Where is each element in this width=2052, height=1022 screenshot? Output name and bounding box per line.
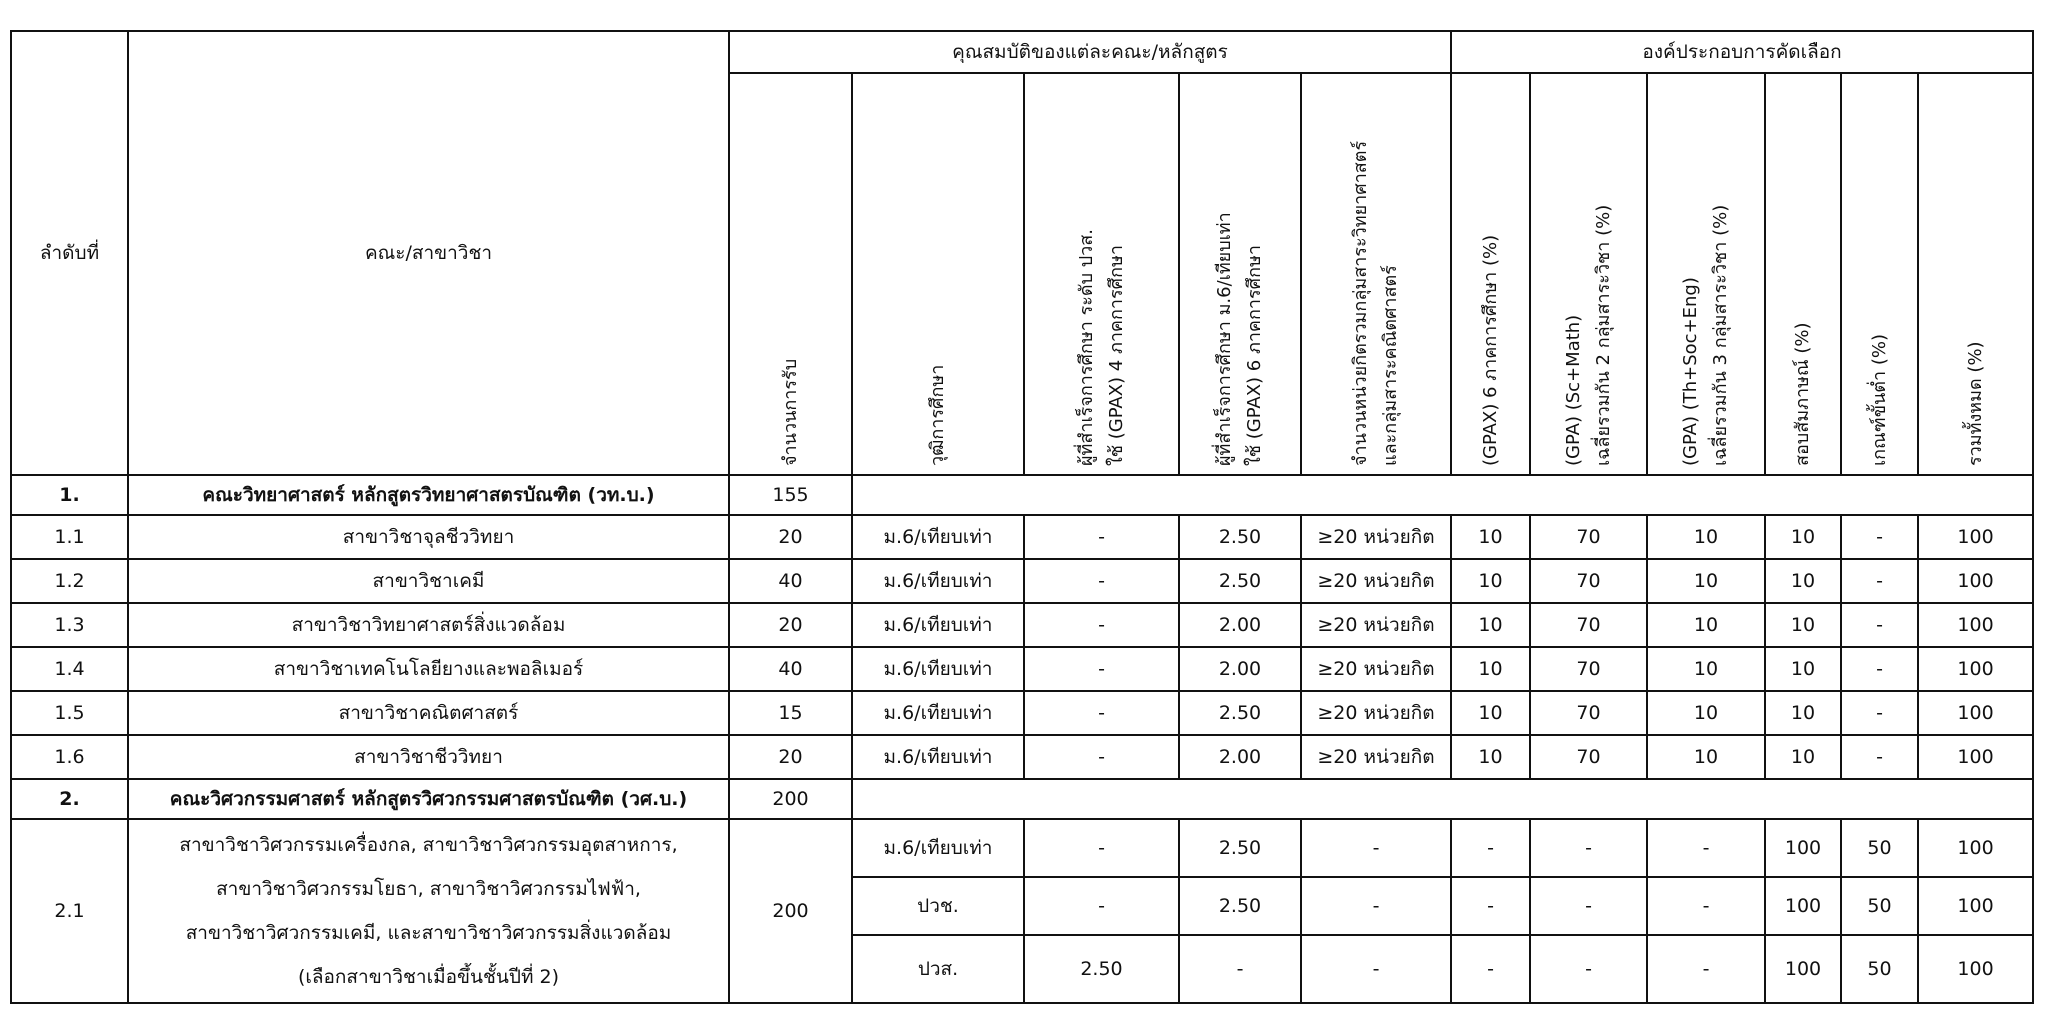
major-quota: 20 <box>729 735 852 779</box>
faculty-blank-span <box>852 779 2033 819</box>
major-weight-total: 100 <box>1918 691 2033 735</box>
track-weight-interview: 100 <box>1765 877 1841 935</box>
major-weight-gpax: 10 <box>1451 735 1530 779</box>
major-credits: ≥20 หน่วยกิต <box>1301 559 1451 603</box>
faculty-row: 1. คณะวิทยาศาสตร์ หลักสูตรวิทยาศาสตรบัณฑ… <box>11 475 2033 515</box>
major-name: สาขาวิชาวิศวกรรมเครื่องกล, สาขาวิชาวิศวก… <box>128 819 729 1003</box>
major-index: 1.2 <box>11 559 128 603</box>
faculty-index: 1. <box>11 475 128 515</box>
major-index: 1.5 <box>11 691 128 735</box>
header-weight-sc-math: (GPA) (Sc+Math)เฉลี่ยรวมกัน 2 กลุ่มสาระว… <box>1530 73 1647 475</box>
faculty-blank-span <box>852 475 2033 515</box>
major-quota: 20 <box>729 515 852 559</box>
major-quota: 15 <box>729 691 852 735</box>
track-gpax-m6: - <box>1179 935 1301 1003</box>
major-name: สาขาวิชาเทคโนโลยียางและพอลิเมอร์ <box>128 647 729 691</box>
major-weight-interview: 10 <box>1765 559 1841 603</box>
major-gpax-m6: 2.00 <box>1179 603 1301 647</box>
track-weight-total: 100 <box>1918 935 2033 1003</box>
major-quota: 200 <box>729 819 852 1003</box>
major-weight-th-soc-eng: 10 <box>1647 559 1765 603</box>
faculty-name: คณะวิศวกรรมศาสตร์ หลักสูตรวิศวกรรมศาสตรบ… <box>128 779 729 819</box>
major-gpax-vocational: - <box>1024 603 1179 647</box>
major-row: 1.5 สาขาวิชาคณิตศาสตร์ 15 ม.6/เทียบเท่า … <box>11 691 2033 735</box>
major-weight-th-soc-eng: 10 <box>1647 735 1765 779</box>
major-row: 1.1 สาขาวิชาจุลชีววิทยา 20 ม.6/เทียบเท่า… <box>11 515 2033 559</box>
major-education: ม.6/เทียบเท่า <box>852 691 1024 735</box>
major-quota: 40 <box>729 559 852 603</box>
major-education: ม.6/เทียบเท่า <box>852 559 1024 603</box>
header-weight-minimum: เกณฑ์ขั้นต่ำ (%) <box>1841 73 1918 475</box>
major-gpax-m6: 2.50 <box>1179 515 1301 559</box>
major-weight-th-soc-eng: 10 <box>1647 515 1765 559</box>
major-weight-minimum: - <box>1841 647 1918 691</box>
major-name-line: สาขาวิชาวิศวกรรมโยธา, สาขาวิชาวิศวกรรมไฟ… <box>129 867 728 911</box>
major-weight-sc-math: 70 <box>1530 603 1647 647</box>
major-education: ม.6/เทียบเท่า <box>852 515 1024 559</box>
track-gpax-m6: 2.50 <box>1179 877 1301 935</box>
header-education: วุฒิการศึกษา <box>852 73 1024 475</box>
major-name: สาขาวิชาคณิตศาสตร์ <box>128 691 729 735</box>
major-name: สาขาวิชาชีววิทยา <box>128 735 729 779</box>
major-weight-minimum: - <box>1841 559 1918 603</box>
faculty-row: 2. คณะวิศวกรรมศาสตร์ หลักสูตรวิศวกรรมศาส… <box>11 779 2033 819</box>
major-weight-th-soc-eng: 10 <box>1647 691 1765 735</box>
major-weight-interview: 10 <box>1765 691 1841 735</box>
major-name: สาขาวิชาวิทยาศาสตร์สิ่งแวดล้อม <box>128 603 729 647</box>
track-weight-th-soc-eng: - <box>1647 819 1765 877</box>
major-weight-total: 100 <box>1918 735 2033 779</box>
header-gpax-vocational: ผู้ที่สำเร็จการศึกษา ระดับ ปวส.ใช้ (GPAX… <box>1024 73 1179 475</box>
major-weight-total: 100 <box>1918 603 2033 647</box>
major-weight-th-soc-eng: 10 <box>1647 603 1765 647</box>
major-education: ม.6/เทียบเท่า <box>852 735 1024 779</box>
track-weight-gpax: - <box>1451 819 1530 877</box>
major-gpax-m6: 2.00 <box>1179 647 1301 691</box>
major-weight-gpax: 10 <box>1451 603 1530 647</box>
major-credits: ≥20 หน่วยกิต <box>1301 603 1451 647</box>
major-weight-interview: 10 <box>1765 735 1841 779</box>
track-weight-total: 100 <box>1918 877 2033 935</box>
track-weight-sc-math: - <box>1530 877 1647 935</box>
track-weight-minimum: 50 <box>1841 935 1918 1003</box>
major-weight-minimum: - <box>1841 603 1918 647</box>
header-faculty-major: คณะ/สาขาวิชา <box>128 31 729 475</box>
track-gpax-vocational: - <box>1024 819 1179 877</box>
major-weight-th-soc-eng: 10 <box>1647 647 1765 691</box>
major-weight-total: 100 <box>1918 515 2033 559</box>
faculty-name: คณะวิทยาศาสตร์ หลักสูตรวิทยาศาสตรบัณฑิต … <box>128 475 729 515</box>
track-weight-total: 100 <box>1918 819 2033 877</box>
major-index: 2.1 <box>11 819 128 1003</box>
faculty-quota: 200 <box>729 779 852 819</box>
major-weight-minimum: - <box>1841 691 1918 735</box>
track-weight-gpax: - <box>1451 935 1530 1003</box>
header-index: ลำดับที่ <box>11 31 128 475</box>
major-gpax-m6: 2.50 <box>1179 691 1301 735</box>
header-gpax-m6: ผู้ที่สำเร็จการศึกษา ม.6/เทียบเท่าใช้ (G… <box>1179 73 1301 475</box>
track-weight-interview: 100 <box>1765 935 1841 1003</box>
major-gpax-vocational: - <box>1024 691 1179 735</box>
major-weight-gpax: 10 <box>1451 647 1530 691</box>
major-weight-sc-math: 70 <box>1530 559 1647 603</box>
major-gpax-vocational: - <box>1024 515 1179 559</box>
major-weight-interview: 10 <box>1765 515 1841 559</box>
major-weight-total: 100 <box>1918 559 2033 603</box>
track-education: ม.6/เทียบเท่า <box>852 819 1024 877</box>
major-gpax-vocational: - <box>1024 735 1179 779</box>
admission-criteria-table: ลำดับที่ คณะ/สาขาวิชา คุณสมบัติของแต่ละค… <box>10 30 2034 1004</box>
major-weight-sc-math: 70 <box>1530 515 1647 559</box>
header-group-selection: องค์ประกอบการคัดเลือก <box>1451 31 2033 73</box>
track-weight-minimum: 50 <box>1841 819 1918 877</box>
track-education: ปวส. <box>852 935 1024 1003</box>
header-weight-total: รวมทั้งหมด (%) <box>1918 73 2033 475</box>
major-weight-interview: 10 <box>1765 647 1841 691</box>
major-weight-minimum: - <box>1841 735 1918 779</box>
major-row: 1.6 สาขาวิชาชีววิทยา 20 ม.6/เทียบเท่า - … <box>11 735 2033 779</box>
major-name: สาขาวิชาเคมี <box>128 559 729 603</box>
major-weight-sc-math: 70 <box>1530 691 1647 735</box>
major-index: 1.6 <box>11 735 128 779</box>
track-weight-gpax: - <box>1451 877 1530 935</box>
track-weight-minimum: 50 <box>1841 877 1918 935</box>
track-gpax-vocational: - <box>1024 877 1179 935</box>
track-weight-th-soc-eng: - <box>1647 935 1765 1003</box>
header-group-qualifications: คุณสมบัติของแต่ละคณะ/หลักสูตร <box>729 31 1451 73</box>
major-index: 1.4 <box>11 647 128 691</box>
track-credits: - <box>1301 877 1451 935</box>
major-gpax-m6: 2.00 <box>1179 735 1301 779</box>
major-name-line: (เลือกสาขาวิชาเมื่อขึ้นชั้นปีที่ 2) <box>129 955 728 999</box>
major-weight-sc-math: 70 <box>1530 735 1647 779</box>
major-gpax-vocational: - <box>1024 647 1179 691</box>
major-weight-gpax: 10 <box>1451 515 1530 559</box>
major-quota: 40 <box>729 647 852 691</box>
major-gpax-vocational: - <box>1024 559 1179 603</box>
major-weight-gpax: 10 <box>1451 559 1530 603</box>
major-weight-gpax: 10 <box>1451 691 1530 735</box>
header-weight-th-soc-eng: (GPA) (Th+Soc+Eng)เฉลี่ยรวมกัน 3 กลุ่มสา… <box>1647 73 1765 475</box>
faculty-index: 2. <box>11 779 128 819</box>
header-weight-interview: สอบสัมภาษณ์ (%) <box>1765 73 1841 475</box>
major-weight-minimum: - <box>1841 515 1918 559</box>
major-education: ม.6/เทียบเท่า <box>852 647 1024 691</box>
major-weight-total: 100 <box>1918 647 2033 691</box>
major-index: 1.1 <box>11 515 128 559</box>
track-education: ปวช. <box>852 877 1024 935</box>
header-quota: จำนวนการรับ <box>729 73 852 475</box>
track-gpax-m6: 2.50 <box>1179 819 1301 877</box>
track-weight-th-soc-eng: - <box>1647 877 1765 935</box>
major-row: 1.3 สาขาวิชาวิทยาศาสตร์สิ่งแวดล้อม 20 ม.… <box>11 603 2033 647</box>
major-weight-interview: 10 <box>1765 603 1841 647</box>
major-name-line: สาขาวิชาวิศวกรรมเครื่องกล, สาขาวิชาวิศวก… <box>129 823 728 867</box>
major-index: 1.3 <box>11 603 128 647</box>
header-weight-gpax: (GPAX) 6 ภาคการศึกษา (%) <box>1451 73 1530 475</box>
major-credits: ≥20 หน่วยกิต <box>1301 515 1451 559</box>
track-gpax-vocational: 2.50 <box>1024 935 1179 1003</box>
major-row: 1.4 สาขาวิชาเทคโนโลยียางและพอลิเมอร์ 40 … <box>11 647 2033 691</box>
major-weight-sc-math: 70 <box>1530 647 1647 691</box>
faculty-quota: 155 <box>729 475 852 515</box>
major-name: สาขาวิชาจุลชีววิทยา <box>128 515 729 559</box>
major-credits: ≥20 หน่วยกิต <box>1301 647 1451 691</box>
header-credits: จำนวนหน่วยกิตรวมกลุ่มสาระวิทยาศาสตร์และก… <box>1301 73 1451 475</box>
track-weight-sc-math: - <box>1530 935 1647 1003</box>
major-row: 1.2 สาขาวิชาเคมี 40 ม.6/เทียบเท่า - 2.50… <box>11 559 2033 603</box>
track-weight-sc-math: - <box>1530 819 1647 877</box>
major-credits: ≥20 หน่วยกิต <box>1301 735 1451 779</box>
major-gpax-m6: 2.50 <box>1179 559 1301 603</box>
track-weight-interview: 100 <box>1765 819 1841 877</box>
major-education: ม.6/เทียบเท่า <box>852 603 1024 647</box>
track-credits: - <box>1301 819 1451 877</box>
track-credits: - <box>1301 935 1451 1003</box>
major-name-line: สาขาวิชาวิศวกรรมเคมี, และสาขาวิชาวิศวกรร… <box>129 911 728 955</box>
major-credits: ≥20 หน่วยกิต <box>1301 691 1451 735</box>
major-quota: 20 <box>729 603 852 647</box>
track-row: 2.1 สาขาวิชาวิศวกรรมเครื่องกล, สาขาวิชาว… <box>11 819 2033 877</box>
